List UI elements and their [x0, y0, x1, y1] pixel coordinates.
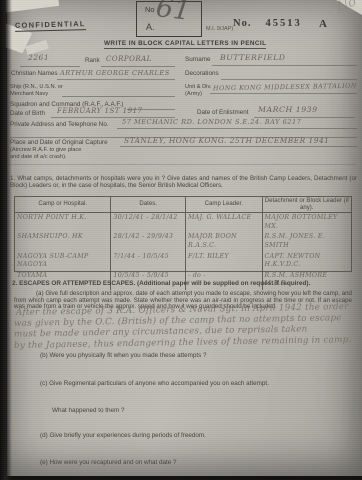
case-number-handwritten: 61	[154, 0, 192, 27]
cell-block-1: MAJOR BOTTOMLEY MX.	[262, 213, 351, 232]
item-c-followup: What happened to them ?	[52, 407, 124, 414]
army-number-value: 2261	[28, 53, 49, 62]
table-row: SHAMSHUIPO. HK 28/1/42 - 29/9/43 MAJOR B…	[15, 232, 351, 251]
christian-names-value: ARTHUR GEORGE CHARLES	[60, 69, 170, 77]
question-1-text: 1. What camps, detachments or hospitals …	[10, 176, 357, 189]
page-crease	[8, 164, 357, 165]
stamp-a-label: A.	[146, 22, 155, 32]
ship-label: Ship (R.N., U.S.N. or Merchant Navy	[10, 84, 68, 98]
christian-names-label: Christian Names	[11, 71, 58, 78]
date-of-enlistment-value: MARCH 1939	[258, 105, 318, 114]
surname-value: BUTTERFIELD	[220, 53, 286, 62]
address-value: 57 MECHANIC RD. LONDON S.E.24. BAY 6217	[122, 118, 301, 126]
cell-camp-1: NORTH POINT H.K.	[15, 213, 110, 232]
table-header-row: Camp or Hospital. Dates. Camp Leader. De…	[15, 197, 351, 213]
capture-label: Place and Date of Original Capture	[10, 140, 108, 147]
instruction-heading: WRITE IN BLOCK CAPITAL LETTERS IN PENCIL	[104, 40, 266, 49]
rank-label: Rank	[85, 58, 100, 65]
camps-table: Camp or Hospital. Dates. Camp Leader. De…	[14, 196, 352, 272]
field-line	[101, 66, 175, 67]
cell-leader-1: MAJ. G. WALLACE	[185, 213, 262, 232]
cell-leader-2: MAJOR BOON R.A.S.C.	[185, 232, 262, 251]
cell-dates-3: 7/1/44 - 10/5/45	[110, 252, 185, 271]
cell-camp-2: SHAMSHUIPO. HK	[15, 232, 110, 251]
field-line	[120, 146, 357, 147]
serial-number: 45513	[265, 18, 301, 29]
table-row: NAGOYA SUB-CAMP NAGOYA 7/1/44 - 10/5/45 …	[15, 252, 351, 271]
classification-stamp: CONFIDENTIAL	[15, 19, 86, 32]
cell-block-2: R.S.M. JONES. E. SMITH	[262, 232, 351, 251]
serial-number-line: No.45513	[233, 18, 302, 29]
form-reference: M.I. 9/JAP)	[206, 26, 233, 32]
serial-suffix: A	[319, 18, 327, 30]
decorations-label: Decorations	[185, 71, 219, 78]
table-header-dates: Dates.	[110, 197, 185, 212]
date-of-birth-label: Date of Birth	[10, 111, 45, 118]
cell-dates-2: 28/1/42 - 29/9/43	[110, 232, 185, 251]
cell-leader-3: F/LT. RILEY	[185, 252, 262, 271]
surname-label: Surname	[185, 57, 211, 64]
section-2-title: 2. ESCAPES OR ATTEMPTED ESCAPES. (Additi…	[12, 280, 357, 287]
photographed-form: CONFIDENTIAL No A. 61 M.I. 9/JAP) No.455…	[0, 0, 362, 480]
table-header-camp: Camp or Hospital.	[15, 197, 110, 212]
table-header-leader: Camp Leader.	[185, 197, 262, 212]
cell-camp-3: NAGOYA SUB-CAMP NAGOYA	[15, 252, 110, 271]
table-row: NORTH POINT H.K. 30/12/41 - 28/1/42 MAJ.…	[15, 213, 351, 232]
capture-value: STANLEY, HONG KONG. 25TH DECEMBER 1941	[124, 136, 329, 145]
rank-value: CORPORAL	[106, 55, 152, 63]
item-b-text: (b) Were you physically fit when you mad…	[40, 352, 206, 359]
cell-dates-1: 30/12/41 - 28/1/42	[110, 213, 185, 232]
stamp-no-label: No	[145, 5, 155, 14]
address-label: Private Address and Telephone No.	[10, 122, 109, 129]
item-e-text: (e) How were you recaptured and on what …	[40, 459, 177, 466]
field-line	[212, 65, 357, 66]
field-line	[62, 96, 175, 97]
item-d-text: (d) Give briefly your experiences during…	[40, 432, 206, 439]
field-line	[57, 79, 175, 80]
field-line	[210, 93, 357, 94]
capture-sublabel: (Aircrew R.A.F. to give place and date o…	[10, 147, 90, 161]
date-of-birth-value: FEBRUARY 1ST 1917	[57, 107, 142, 115]
date-of-enlistment-label: Date of Enlistment	[197, 110, 248, 117]
field-line	[117, 128, 357, 129]
field-line	[20, 66, 80, 67]
serial-no-label: No.	[233, 18, 251, 29]
table-header-block-leader: Detachment or Block Leader (if any).	[262, 197, 351, 212]
item-c-text: (c) Give Regimental particulars of anyon…	[40, 380, 269, 387]
cell-block-3: CAPT. NEWTON H.K.V.D.C.	[262, 252, 351, 271]
field-line	[221, 79, 357, 80]
